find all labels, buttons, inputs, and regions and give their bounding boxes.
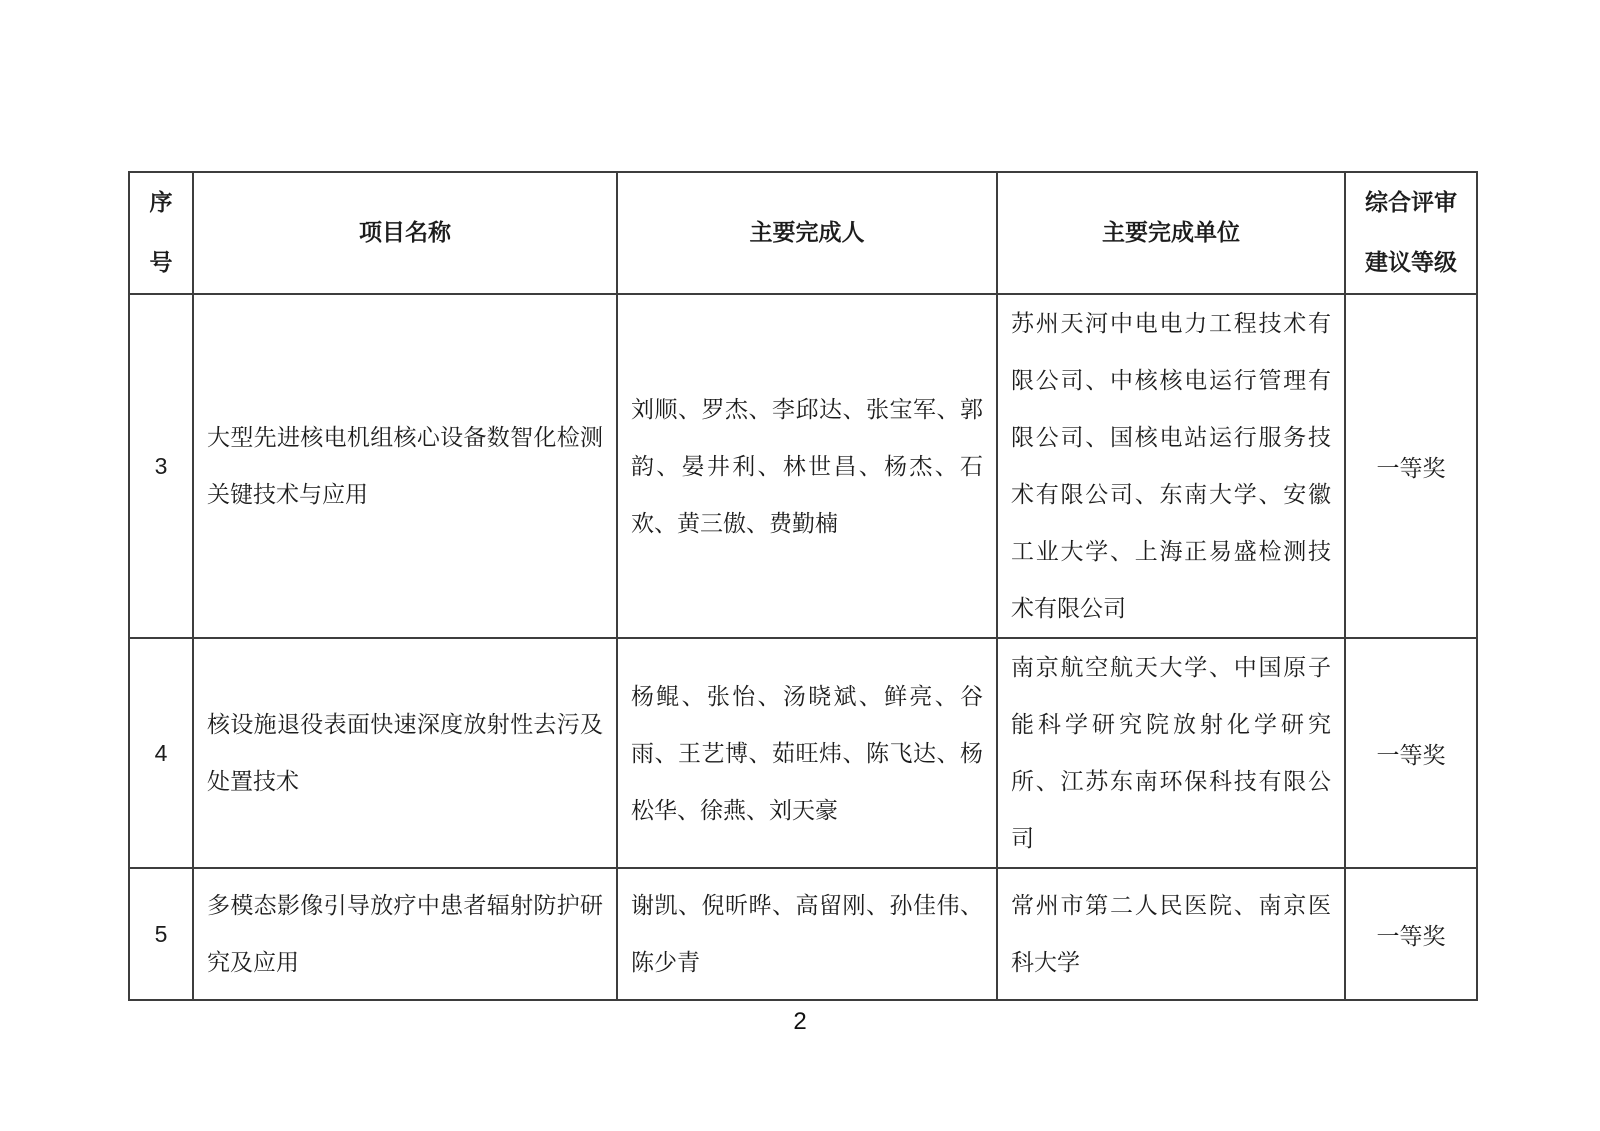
main-completers: 谢凯、倪昕晔、高留刚、孙佳伟、陈少青: [617, 868, 997, 1000]
col-header-project-name: 项目名称: [193, 172, 617, 294]
review-grade: 一等奖: [1345, 294, 1477, 638]
main-completers: 杨鲲、张怡、汤晓斌、鲜亮、谷雨、王艺博、茹旺炜、陈飞达、杨松华、徐燕、刘天豪: [617, 638, 997, 868]
awards-table: 序 号 项目名称 主要完成人 主要完成单位 综合评审 建议等级 3 大型先进核电…: [128, 171, 1478, 1001]
main-units: 常州市第二人民医院、南京医科大学: [997, 868, 1345, 1000]
col-header-main-units: 主要完成单位: [997, 172, 1345, 294]
project-name: 多模态影像引导放疗中患者辐射防护研究及应用: [193, 868, 617, 1000]
table-row: 3 大型先进核电机组核心设备数智化检测关键技术与应用 刘顺、罗杰、李邱达、张宝军…: [129, 294, 1477, 638]
main-completers: 刘顺、罗杰、李邱达、张宝军、郭韵、晏井利、林世昌、杨杰、石欢、黄三傲、费勤楠: [617, 294, 997, 638]
review-grade: 一等奖: [1345, 638, 1477, 868]
col-header-review-grade: 综合评审 建议等级: [1345, 172, 1477, 294]
main-units: 苏州天河中电电力工程技术有限公司、中核核电运行管理有限公司、国核电站运行服务技术…: [997, 294, 1345, 638]
review-grade: 一等奖: [1345, 868, 1477, 1000]
page-number: 2: [0, 1008, 1600, 1036]
col-header-serial-number: 序 号: [129, 172, 193, 294]
table-row: 4 核设施退役表面快速深度放射性去污及处置技术 杨鲲、张怡、汤晓斌、鲜亮、谷雨、…: [129, 638, 1477, 868]
serial-number: 5: [129, 868, 193, 1000]
project-name: 核设施退役表面快速深度放射性去污及处置技术: [193, 638, 617, 868]
table-header-row: 序 号 项目名称 主要完成人 主要完成单位 综合评审 建议等级: [129, 172, 1477, 294]
document-page: 序 号 项目名称 主要完成人 主要完成单位 综合评审 建议等级 3 大型先进核电…: [0, 0, 1600, 1131]
table-row: 5 多模态影像引导放疗中患者辐射防护研究及应用 谢凯、倪昕晔、高留刚、孙佳伟、陈…: [129, 868, 1477, 1000]
serial-number: 3: [129, 294, 193, 638]
col-header-main-completers: 主要完成人: [617, 172, 997, 294]
main-units: 南京航空航天大学、中国原子能科学研究院放射化学研究所、江苏东南环保科技有限公司: [997, 638, 1345, 868]
serial-number: 4: [129, 638, 193, 868]
project-name: 大型先进核电机组核心设备数智化检测关键技术与应用: [193, 294, 617, 638]
